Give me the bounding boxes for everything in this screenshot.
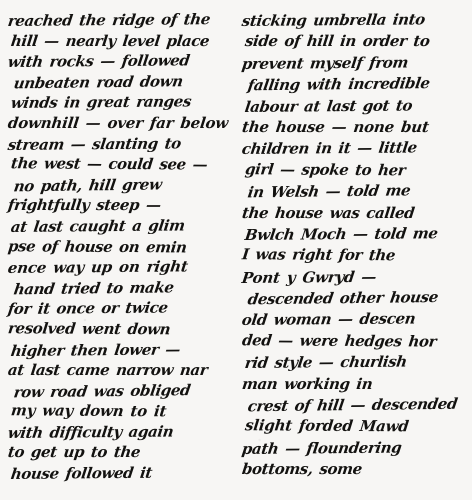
handwriting-line: the house was called [241, 203, 470, 224]
handwriting-line: stream — slanting to [7, 133, 234, 156]
handwriting-line: old woman — descen [240, 308, 469, 331]
handwriting-line: resolved went down [7, 318, 233, 340]
handwriting-line: ence way up on right [7, 256, 234, 279]
handwriting-line: crest of hill — descended [246, 394, 470, 418]
handwriting-line: with difficulty again [7, 421, 234, 444]
handwriting-line: at last came narrow nar [7, 360, 234, 381]
handwriting-line: for it once or twice [7, 297, 234, 320]
handwriting-line: with rocks — followed [7, 50, 234, 73]
handwriting-line: children in it — little [240, 137, 469, 160]
handwriting-line: reached the ridge of the [7, 9, 234, 32]
handwriting-line: hill — nearly level place [10, 31, 234, 52]
handwriting-line: row road was obliged [12, 379, 233, 402]
handwriting-line: falling with incredible [246, 73, 470, 97]
handwriting-line: at last caught a glim [10, 215, 234, 238]
handwriting-line: descended other house [246, 287, 470, 311]
manuscript-column-left: reached the ridge of thehill — nearly le… [8, 10, 232, 484]
handwriting-line: side of hill in order to [244, 31, 470, 52]
handwriting-line: downhill — over far below [7, 113, 234, 134]
handwriting-line: I was right for the [241, 245, 469, 268]
manuscript-page: reached the ridge of thehill — nearly le… [0, 0, 472, 500]
handwriting-line: to get up to the [7, 442, 234, 463]
handwriting-line: no path, hill grew [12, 173, 233, 196]
handwriting-line: bottoms, some [241, 459, 470, 480]
handwriting-line: the house — none but [241, 117, 470, 138]
handwriting-line: unbeaten road down [12, 70, 233, 93]
handwriting-line: sticking umbrella into [240, 9, 469, 32]
handwriting-line: rid style — churlish [243, 351, 469, 374]
handwriting-line: Bwlch Moch — told me [243, 223, 469, 246]
handwriting-line: house followed it [10, 462, 234, 485]
handwriting-line: pse of house on emin [7, 236, 233, 258]
handwriting-line: higher then lower — [10, 339, 234, 362]
handwriting-line: slight forded Mawd [244, 416, 469, 439]
handwriting-line: prevent myself from [240, 52, 469, 75]
handwriting-line: ded — were hedges hor [241, 330, 469, 353]
handwriting-line: man working in [241, 374, 470, 395]
manuscript-column-right: sticking umbrella intoside of hill in or… [242, 10, 468, 481]
handwriting-line: hand tried to make [12, 276, 233, 299]
handwriting-line: the west — could see — [10, 153, 233, 175]
handwriting-line: labour at last got to [243, 95, 469, 118]
handwriting-line: my way down to it [10, 401, 233, 423]
handwriting-line: path — floundering [240, 437, 469, 460]
handwriting-line: in Welsh — told me [246, 180, 470, 204]
handwriting-line: girl — spoke to her [244, 159, 469, 182]
handwriting-line: Pont y Gwryd — [240, 266, 469, 289]
handwriting-line: winds in great ranges [10, 91, 234, 114]
handwriting-line: frightfully steep — [7, 195, 234, 216]
